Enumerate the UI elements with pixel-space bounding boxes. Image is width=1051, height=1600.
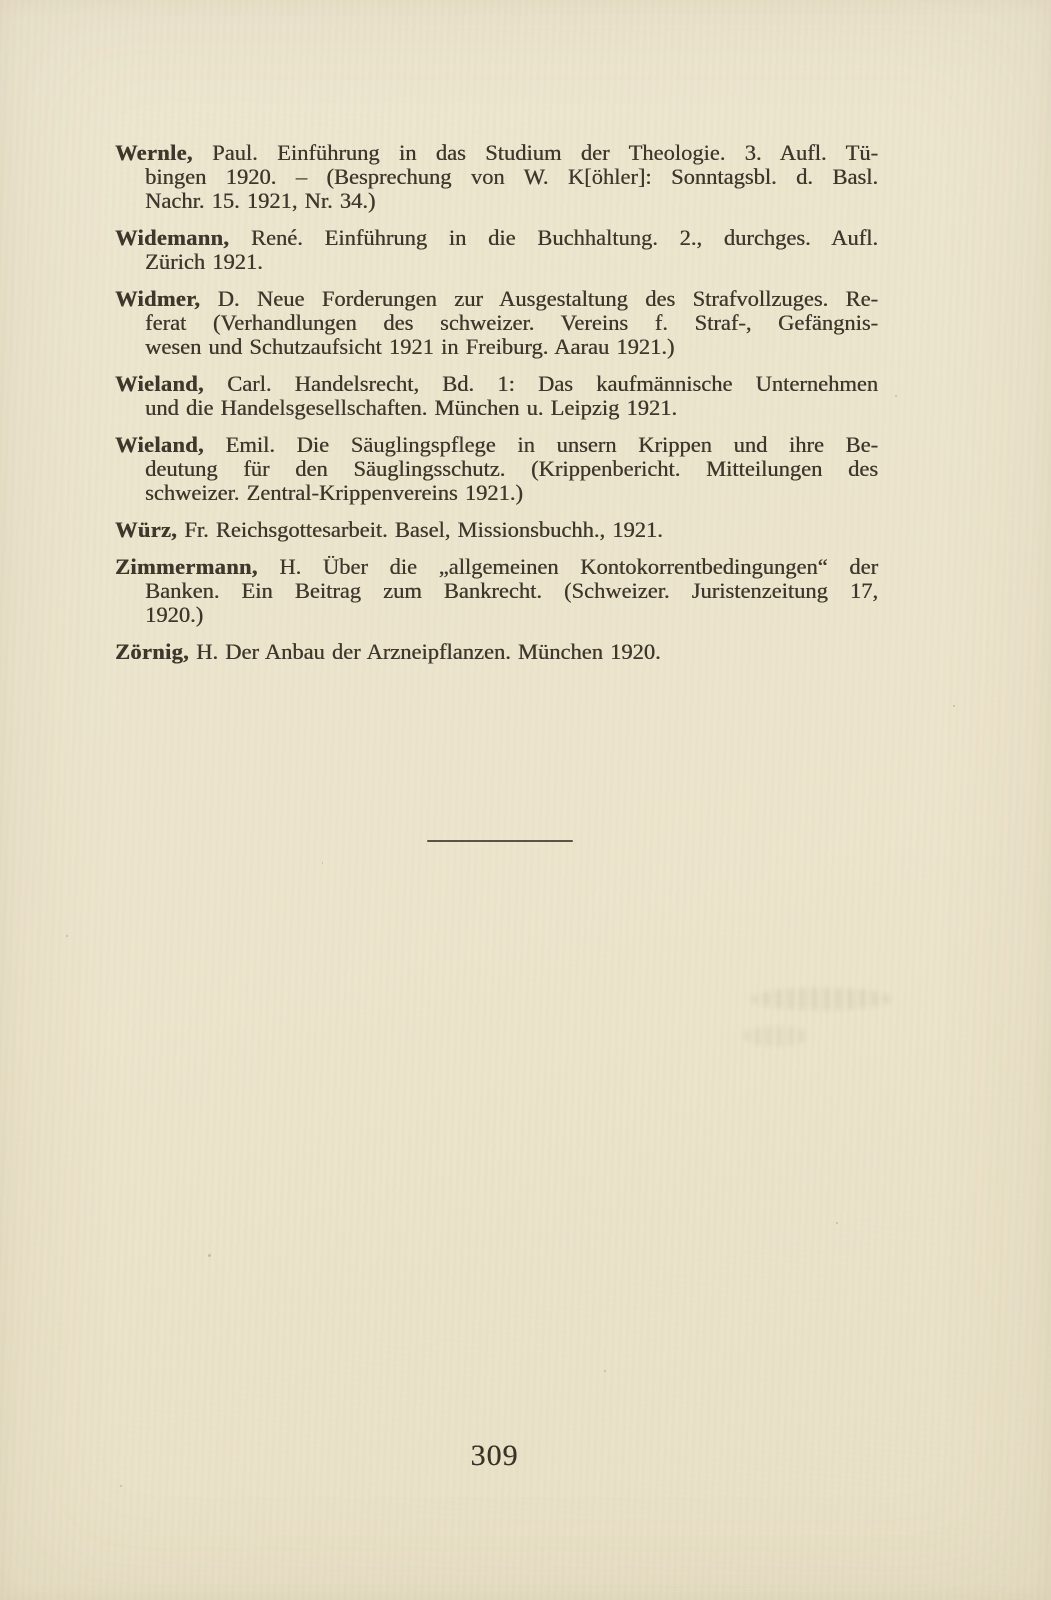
author-name: Zimmermann, bbox=[115, 554, 258, 579]
entry-line: Zimmermann, H. Über die „allgemeinen Kon… bbox=[115, 555, 878, 579]
paper-speck bbox=[604, 1370, 606, 1372]
bibliography-entry: Widmer, D. Neue Forderungen zur Ausgesta… bbox=[115, 287, 878, 359]
entry-line: Zürich 1921. bbox=[115, 250, 878, 274]
entry-text: Fr. Reichsgottesarbeit. Basel, Missionsb… bbox=[177, 517, 663, 542]
entry-text: H. Über die „allgemeinen Kontokorrentbed… bbox=[258, 554, 878, 579]
entry-line: schweizer. Zentral-Krippenvereins 1921.) bbox=[115, 481, 878, 505]
paper-speck bbox=[322, 862, 323, 864]
entry-line: wesen und Schutzaufsicht 1921 in Freibur… bbox=[115, 335, 878, 359]
entry-text: H. Der Anbau der Arzneipflanzen. München… bbox=[189, 639, 661, 664]
paper-speck bbox=[895, 395, 897, 397]
entry-line: Wieland, Emil. Die Säuglingspflege in un… bbox=[115, 433, 878, 457]
author-name: Würz, bbox=[115, 517, 177, 542]
entry-line: 1920.) bbox=[115, 603, 878, 627]
entry-text: Paul. Einführung in das Studium der Theo… bbox=[193, 140, 878, 165]
entry-text: D. Neue Forderungen zur Ausgestaltung de… bbox=[200, 286, 878, 311]
bibliography-entry: Widemann, René. Einführung in die Buchha… bbox=[115, 226, 878, 274]
author-name: Widemann, bbox=[115, 225, 229, 250]
section-divider-rule bbox=[427, 840, 573, 842]
paper-speck bbox=[208, 1254, 211, 1257]
entry-line: Widmer, D. Neue Forderungen zur Ausgesta… bbox=[115, 287, 878, 311]
entry-line: Wieland, Carl. Handelsrecht, Bd. 1: Das … bbox=[115, 372, 878, 396]
bibliography-list: Wernle, Paul. Einführung in das Studium … bbox=[115, 141, 878, 677]
scanned-book-page: Wernle, Paul. Einführung in das Studium … bbox=[0, 0, 1051, 1600]
author-name: Zörnig, bbox=[115, 639, 189, 664]
author-name: Wieland, bbox=[115, 371, 204, 396]
author-name: Wieland, bbox=[115, 432, 204, 457]
bibliography-entry: Wernle, Paul. Einführung in das Studium … bbox=[115, 141, 878, 213]
bibliography-entry: Würz, Fr. Reichsgottesarbeit. Basel, Mis… bbox=[115, 518, 878, 542]
bibliography-entry: Wieland, Carl. Handelsrecht, Bd. 1: Das … bbox=[115, 372, 878, 420]
bibliography-entry: Zimmermann, H. Über die „allgemeinen Kon… bbox=[115, 555, 878, 627]
paper-speck bbox=[120, 1485, 122, 1487]
entry-line: Banken. Ein Beitrag zum Bankrecht. (Schw… bbox=[115, 579, 878, 603]
entry-line: Würz, Fr. Reichsgottesarbeit. Basel, Mis… bbox=[115, 518, 878, 542]
entry-line: bingen 1920. – (Besprechung von W. K[öhl… bbox=[115, 165, 878, 189]
entry-line: ferat (Verhandlungen des schweizer. Vere… bbox=[115, 311, 878, 335]
entry-line: Zörnig, H. Der Anbau der Arzneipflanzen.… bbox=[115, 640, 878, 664]
paper-speck bbox=[836, 1222, 838, 1224]
entry-line: Nachr. 15. 1921, Nr. 34.) bbox=[115, 189, 878, 213]
paper-speck bbox=[953, 705, 955, 707]
bleed-through-artifact bbox=[744, 1026, 808, 1046]
author-name: Widmer, bbox=[115, 286, 200, 311]
entry-line: Wernle, Paul. Einführung in das Studium … bbox=[115, 141, 878, 165]
page-number: 309 bbox=[447, 1440, 542, 1472]
bibliography-entry: Wieland, Emil. Die Säuglingspflege in un… bbox=[115, 433, 878, 505]
entry-text: René. Einführung in die Buchhaltung. 2.,… bbox=[229, 225, 878, 250]
entry-line: Widemann, René. Einführung in die Buchha… bbox=[115, 226, 878, 250]
entry-line: und die Handelsgesellschaften. München u… bbox=[115, 396, 878, 420]
author-name: Wernle, bbox=[115, 140, 193, 165]
paper-speck bbox=[66, 935, 68, 937]
bibliography-entry: Zörnig, H. Der Anbau der Arzneipflanzen.… bbox=[115, 640, 878, 664]
bleed-through-artifact bbox=[752, 988, 890, 1010]
entry-text: Carl. Handelsrecht, Bd. 1: Das kaufmänni… bbox=[204, 371, 878, 396]
entry-line: deutung für den Säuglingsschutz. (Krippe… bbox=[115, 457, 878, 481]
entry-text: Emil. Die Säuglingspflege in unsern Krip… bbox=[204, 432, 878, 457]
